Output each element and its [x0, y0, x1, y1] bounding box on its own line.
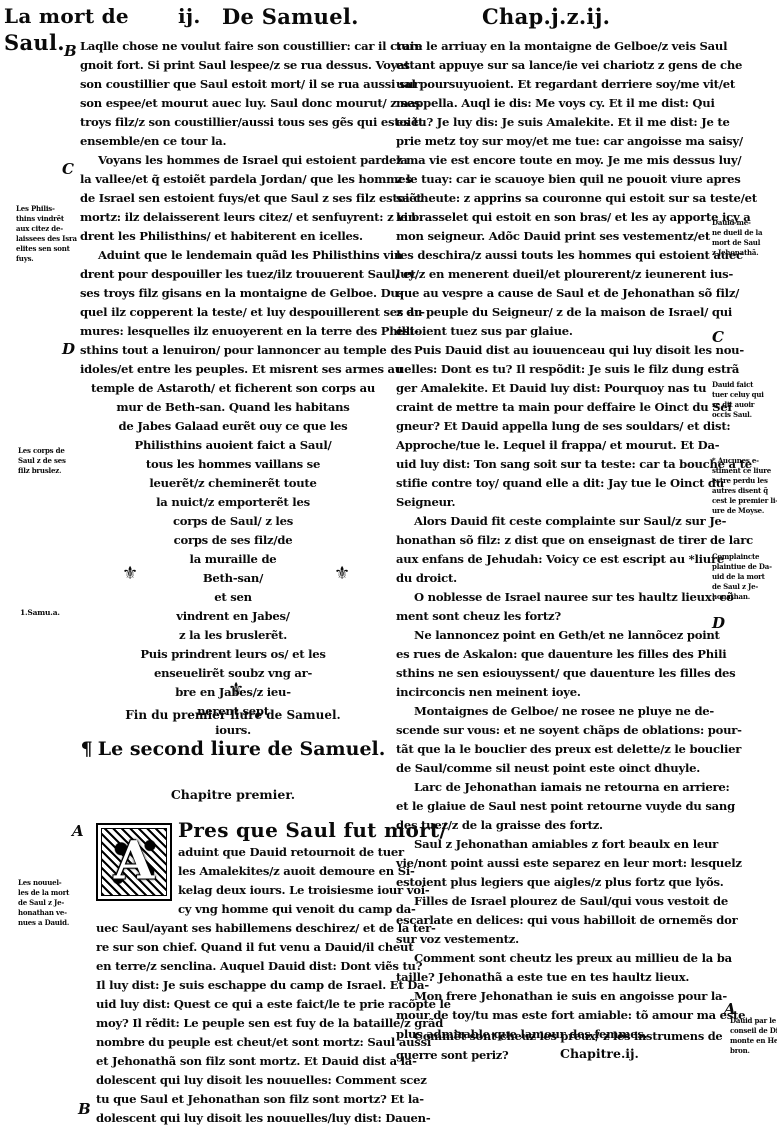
text-line: Puis prindrent leurs os/ et les — [80, 644, 386, 664]
text-line: gneur? Et Dauid appella lung de ses soul… — [396, 416, 730, 436]
margin-letter-C-right: C — [712, 328, 724, 346]
text-line: tu que Saul et Jehonathan son filz sont … — [96, 1089, 424, 1109]
text-line: z ma vie est encore toute en moy. Je me … — [396, 150, 741, 170]
text-line: sthins ne sen esiouyssent/ que dauenture… — [396, 663, 735, 683]
text-line: Voyans les hommes de Israel qui estoient… — [98, 150, 408, 170]
text-line: de Israel sen estoient fuys/et que Saul … — [80, 188, 421, 208]
text-line: Approche/tue le. Lequel il frappa/ et mo… — [396, 435, 719, 455]
second-book-title: ¶ Le second liure de Samuel. — [80, 738, 386, 760]
right-column: ture le arriuay en la montaigne de Gelbo… — [396, 36, 701, 1126]
text-line: taille? Jehonathã a este tue en tes haul… — [396, 967, 689, 987]
text-line: moy? Il rẽdit: Le peuple sen est fuy de … — [96, 1013, 443, 1033]
margin-letter-C: C — [62, 160, 74, 178]
margin-note-dueil: Dauid me- ne dueil de la mort de Saul z … — [712, 218, 762, 258]
text-line: stifie contre toy/ quand elle a dit: Jay… — [396, 473, 724, 493]
decorated-initial-A-chapter1: A — [96, 823, 172, 901]
text-line: dolescent qui luy disoit les nouuelles: … — [96, 1070, 427, 1090]
text-line: uec Saul/ayant ses habillemens deschirez… — [96, 918, 436, 938]
text-line: corps de ses filz/de — [80, 530, 386, 550]
margin-note-livre-perdu: * Aucunes e- stiment ce liure estre perd… — [712, 456, 777, 516]
text-line: mour de toy/tu mas este fort amiable: tõ… — [396, 1005, 745, 1025]
pilcrow-icon: ¶ — [81, 738, 93, 760]
text-line: estant appuye sur sa lance/ie vei chario… — [396, 55, 742, 75]
text-line: mures: lesquelles ilz enuoyerent en la t… — [80, 321, 419, 341]
fleur-de-lis-ornament-right: ⚜ — [334, 565, 350, 583]
initial-letter: A — [114, 830, 154, 891]
text-line: le brasselet qui estoit en son bras/ et … — [396, 207, 750, 227]
text-line: vindrent en Jabes/ — [80, 606, 386, 626]
text-line: es rues de Askalon: que dauenture les fi… — [396, 644, 726, 664]
text-line: son espee/et mourut auec luy. Saul donc … — [80, 93, 420, 113]
text-line: uelles: Dont es tu? Il respõdit: Je suis… — [396, 359, 739, 379]
text-line: mappella. Auql ie dis: Me voys cy. Et il… — [396, 93, 715, 113]
text-line: sur voz vestementz. — [396, 929, 519, 949]
text-line: kelag deux iours. Le troisiesme iour voi… — [178, 880, 429, 900]
text-line: estoient tuez sus par glaiue. — [396, 321, 573, 341]
text-line: z la les bruslerẽt. — [80, 625, 386, 645]
text-line: Commẽt sont cheuz les preux/ z les instr… — [414, 1026, 722, 1046]
text-line: dolescent qui luy disoit les nouuelles/l… — [96, 1108, 430, 1128]
text-line: ture le arriuay en la montaigne de Gelbo… — [396, 36, 727, 56]
text-line: re sur son chief. Quand il fut venu a Da… — [96, 937, 413, 957]
text-line: nombre du peuple est cheut/et sont mortz… — [96, 1032, 431, 1052]
text-line: ment sont cheuz les fortz? — [396, 606, 561, 626]
margin-note-nouvelles: Les nouuel- les de la mort de Saul z Je-… — [18, 878, 69, 928]
text-line: Alors Dauid fit ceste complainte sur Sau… — [414, 511, 726, 531]
text-line: des tuez/z de la graisse des fortz. — [396, 815, 603, 835]
text-line: quel ilz copperent la teste/ et luy desp… — [80, 302, 425, 322]
chapter-two-heading: Chapitre.ij. — [560, 1046, 639, 1061]
text-line: aduint que Dauid retournoit de tuer — [178, 842, 404, 862]
text-line: Larc de Jehonathan iamais ne retourna en… — [414, 777, 730, 797]
margin-letter-D-right: D — [712, 614, 725, 632]
text-line: Laqlle chose ne voulut faire son coustil… — [80, 36, 422, 56]
text-line: Montaignes de Gelboe/ ne rosee ne pluye … — [414, 701, 714, 721]
running-head-left: La mort de — [4, 4, 129, 28]
text-line: escarlate en delices: qui vous habilloit… — [396, 910, 737, 930]
text-line: ensemble/en ce tour la. — [80, 131, 226, 151]
margin-letter-A: A — [72, 822, 84, 840]
text-line: estoient plus legiers que aigles/z plus … — [396, 872, 724, 892]
text-line: mur de Beth-san. Quand les habitans — [80, 397, 386, 417]
text-line: ses troys filz gisans en la montaigne de… — [80, 283, 403, 303]
explicit-line: Fin du premier liure de Samuel. — [80, 704, 386, 723]
text-line: ger Amalekite. Et Dauid luy dist: Pourqu… — [396, 378, 706, 398]
text-line: Saul z Jehonathan amiables z fort beaulx… — [414, 834, 718, 854]
running-head-chapter: Chap.j.z.ij. — [482, 4, 610, 29]
margin-note-corps-bruslez: Les corps de Saul z de ses filz bruslez. — [18, 446, 66, 476]
margin-letter-D: D — [62, 340, 75, 358]
margin-note-occis: Dauid faict tuer celuy qui se dit auoir … — [712, 380, 764, 420]
text-line: Puis Dauid dist au iouuenceau qui luy di… — [414, 340, 744, 360]
second-book-title-text: Le second liure de Samuel. — [98, 738, 386, 760]
text-line: prie metz toy sur moy/et me tue: car ang… — [396, 131, 743, 151]
margin-note-philistins: Les Philis- thins vindrẽt aux citez de- … — [16, 204, 77, 264]
margin-letter-B: B — [64, 42, 77, 60]
text-line: en terre/z senclina. Auquel Dauid dist: … — [96, 956, 422, 976]
text-line: les deschira/z aussi touts les hommes qu… — [396, 245, 743, 265]
text-line: de Saul/comme sil neust point este oinct… — [396, 758, 700, 778]
text-line: honathan sõ filz: z dist que on enseigna… — [396, 530, 753, 550]
text-line: Filles de Israel plourez de Saul/qui vou… — [414, 891, 728, 911]
text-line: idoles/et entre les peuples. Et misrent … — [80, 359, 386, 379]
explicit-text: Fin du premier liure de Samuel. — [125, 708, 340, 722]
text-line: sa cheute: z apprins sa couronne qui est… — [396, 188, 757, 208]
chapter-one-heading-text: Chapitre premier. — [171, 787, 295, 802]
text-line: Il luy dist: Je suis eschappe du camp de… — [96, 975, 429, 995]
text-line: mon seigneur. Adõc Dauid print ses veste… — [396, 226, 710, 246]
text-line: et le glaiue de Saul nest point retourne… — [396, 796, 735, 816]
text-line: craint de mettre ta main pour deffaire l… — [396, 397, 732, 417]
text-line: mortz: ilz delaisserent leurs citez/ et … — [80, 207, 416, 227]
text-line: et sen — [80, 587, 386, 607]
text-line: tous les hommes vaillans se — [80, 454, 386, 474]
text-line: O noblesse de Israel nauree sur tes haul… — [414, 587, 734, 607]
text-line: vie/nont point aussi este separez en leu… — [396, 853, 742, 873]
text-line: que au vespre a cause de Saul et de Jeho… — [396, 283, 739, 303]
text-line: tãt que la le bouclier des preux est del… — [396, 739, 741, 759]
text-line: uid luy dist: Ton sang soit sur ta teste… — [396, 454, 752, 474]
text-line: sthins tout a lenuiron/ pour lannoncer a… — [80, 340, 412, 360]
text-line: incirconcis nen meinent ioye. — [396, 682, 581, 702]
text-line: drent pour despouiller les tuez/ilz trou… — [80, 264, 415, 284]
text-line: Mon frere Jehonathan ie suis en angoisse… — [414, 986, 727, 1006]
text-line: Seigneur. — [396, 492, 455, 512]
margin-note-complainte: Complaincte plaintiue de Da- uid de la m… — [712, 552, 772, 602]
text-line: de Jabes Galaad eurẽt ouy ce que les — [80, 416, 386, 436]
text-line: temple de Astaroth/ et ficherent son cor… — [80, 378, 386, 398]
text-line: Philisthins auoient faict a Saul/ — [80, 435, 386, 455]
text-line: Aduint que le lendemain quãd les Philist… — [98, 245, 402, 265]
text-line: les Amalekites/z auoit demoure en Si- — [178, 861, 415, 881]
margin-note-hebron: Dauid par le conseil de Dieu monte en He… — [730, 1016, 777, 1056]
text-line: troys filz/z son coustillier/aussi tous … — [80, 112, 423, 132]
text-line: scende sur vous: et ne soyent chãps de o… — [396, 720, 742, 740]
folio-number: ij. — [178, 4, 201, 28]
text-line: leuerẽt/z cheminerẽt toute — [80, 473, 386, 493]
text-line: la vallee/et q̃ estoiẽt pardela Jordan/ … — [80, 169, 412, 189]
text-line: cy vng homme qui venoit du camp da- — [178, 899, 416, 919]
text-line: aux enfans de Jehudah: Voicy ce est escr… — [396, 549, 724, 569]
running-head-left-saul: Saul. — [4, 30, 65, 55]
chapter-one-heading: Chapitre premier. — [80, 784, 386, 803]
text-line: luy/z en menerent dueil/et plourerent/z … — [396, 264, 733, 284]
text-line: z du peuple du Seigneur/ z de la maison … — [396, 302, 732, 322]
text-line: la nuict/z emporterẽt les — [80, 492, 386, 512]
text-line: drent les Philisthins/ et habiterent en … — [80, 226, 363, 246]
text-line: ual poursuyuoient. Et regardant derriere… — [396, 74, 735, 94]
text-line: guerre sont periz? — [396, 1045, 508, 1065]
text-line: Comment sont cheutz les preux au millieu… — [414, 948, 732, 968]
text-line: es tu? Je luy dis: Je suis Amalekite. Et… — [396, 112, 730, 132]
text-line: du droict. — [396, 568, 457, 588]
margin-letter-B-bottom: B — [78, 1100, 91, 1118]
text-line: gnoit fort. Si print Saul lespee/z se ru… — [80, 55, 409, 75]
text-line: son coustillier que Saul estoit mort/ il… — [80, 74, 419, 94]
running-head-book-title: De Samuel. — [222, 4, 359, 29]
text-line: Ne lannoncez point en Geth/et ne lannõce… — [414, 625, 720, 645]
text-line: corps de Saul/ z les — [80, 511, 386, 531]
text-line: et Jehonathã son filz sont mortz. Et Dau… — [96, 1051, 417, 1071]
fleur-de-lis-ornament-center: ⚜ — [228, 681, 244, 699]
margin-note-reference: 1.Samu.a. — [20, 608, 60, 618]
text-line: iours. — [80, 720, 386, 740]
fleur-de-lis-ornament-left: ⚜ — [122, 565, 138, 583]
text-line: z le tuay: car ie scauoye bien quil ne p… — [396, 169, 741, 189]
